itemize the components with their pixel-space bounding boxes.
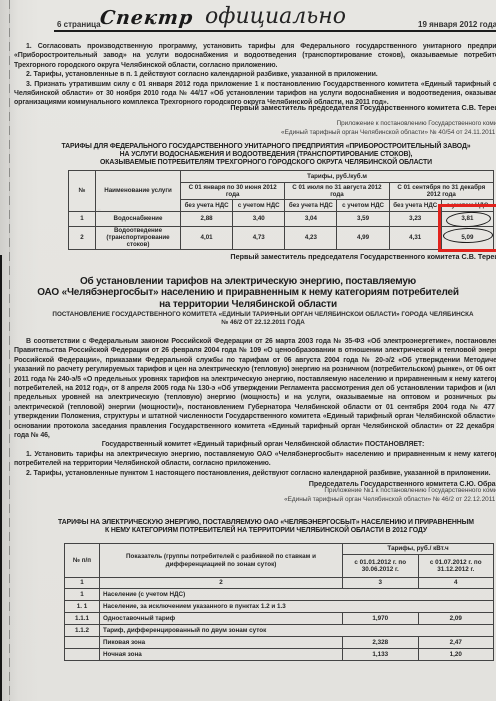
table-row: 2 Водоотведение (транспортирование стоко… (69, 227, 494, 250)
t2-r6-v1: 1,133 (343, 649, 419, 661)
table-row: 1. 1 Население, за исключением указанног… (65, 601, 494, 613)
t2-r2-label: Население, за исключением указанного в п… (100, 601, 494, 613)
t2-r3-label: Одноставочный тариф (100, 613, 343, 625)
t1-vat-without-3: без учета НДС (389, 200, 441, 212)
t1-r2-v3: 4,23 (285, 227, 337, 250)
t2-r4-label: Тариф, дифференцированный по двум зонам … (100, 625, 494, 637)
t2-r2-num: 1. 1 (65, 601, 100, 613)
decree1-signature: Первый заместитель председателя Государс… (14, 103, 496, 112)
appendix1-note: Приложение к постановлению Государственн… (120, 120, 496, 137)
decree2-resolves: Государственный комитет «Единый тарифный… (14, 440, 496, 449)
t2-colnum-1: 1 (65, 578, 100, 589)
t1-r1-v2: 3,40 (233, 212, 285, 227)
t2-col-indicator-header: Показатель (группы потребителей с разбив… (100, 544, 343, 578)
decree2-title: Об установлении тарифов на электрическую… (5, 276, 491, 310)
t2-r6-num (65, 649, 100, 661)
table-row: 1 Водоснабжение 2,88 3,40 3,04 3,59 3,23… (69, 212, 494, 227)
t2-r1-label: Население (с учетом НДС) (100, 589, 494, 601)
table2-title: ТАРИФЫ НА ЭЛЕКТРИЧЕСКУЮ ЭНЕРГИЮ, ПОСТАВЛ… (40, 519, 492, 535)
t1-r2-v5: 4,31 (389, 227, 441, 250)
table-row: Ночная зона 1,133 1,20 (65, 649, 494, 661)
t2-colnum-4: 4 (418, 578, 494, 589)
section-title: официально (205, 4, 345, 29)
t2-colnum-2: 2 (100, 578, 343, 589)
table-row: 1.1.2 Тариф, дифференцированный по двум … (65, 625, 494, 637)
decree1-body: 1. Согласовать производственную программ… (14, 42, 496, 108)
t2-r3-num: 1.1.1 (65, 613, 100, 625)
electricity-tariff-table: № п/п Показатель (группы потребителей с … (64, 543, 494, 661)
appendix1-line2: «Единый тарифный орган Челябинской облас… (120, 129, 496, 138)
table1-title: ТАРИФЫ ДЛЯ ФЕДЕРАЛЬНОГО ГОСУДАРСТВЕННОГО… (40, 143, 492, 168)
t2-r5-v1: 2,328 (343, 637, 419, 649)
table-row: 1 Население (с учетом НДС) (65, 589, 494, 601)
t2-r5-label: Пиковая зона (100, 637, 343, 649)
scan-fold-line (9, 0, 10, 701)
water-tariff-table: № Наименование услуги Тарифы, руб./куб.м… (68, 170, 494, 250)
table-row: Пиковая зона 2,328 2,47 (65, 637, 494, 649)
t1-vat-without-1: без учета НДС (181, 200, 233, 212)
t1-group-header: Тарифы, руб./куб.м (181, 171, 494, 183)
t1-r1-v3: 3,04 (285, 212, 337, 227)
t1-period-1: С 01 января по 30 июня 2012 года (181, 183, 285, 200)
t2-r3-v2: 2,09 (418, 613, 494, 625)
decree2-title-line2: ОАО «Челябэнергосбыт» населению и прирав… (5, 287, 491, 298)
masthead-rule (54, 30, 496, 32)
t2-col-num-header: № п/п (65, 544, 100, 578)
issue-date: 19 января 2012 года (418, 20, 496, 29)
t1-r2-num: 2 (69, 227, 96, 250)
table2-title-line1: ТАРИФЫ НА ЭЛЕКТРИЧЕСКУЮ ЭНЕРГИЮ, ПОСТАВЛ… (40, 519, 492, 527)
t1-r2-v1: 4,01 (181, 227, 233, 250)
decree2-subtitle-line2: № 46/2 ОТ 22.12.2011 ГОДА (14, 319, 496, 327)
t2-period-2: с 01.07.2012 г. по 31.12.2012 г. (418, 555, 494, 578)
decree2-subtitle: ПОСТАНОВЛЕНИЕ ГОСУДАРСТВЕННОГО КОМИТЕТА … (14, 311, 496, 327)
t1-col-service-header: Наименование услуги (96, 171, 181, 212)
decree2-title-line1: Об установлении тарифов на электрическую… (5, 276, 491, 287)
decree2-item-2: 2. Тарифы, установленные пунктом 1 насто… (14, 469, 496, 478)
t1-r2-v4: 4,99 (337, 227, 389, 250)
decree2-item-1: 1. Установить тарифы на электрическую эн… (14, 450, 496, 469)
table2-title-line2: К НЕМУ КАТЕГОРИЯМ ПОТРЕБИТЕЛЕЙ НА ТЕРРИТ… (40, 527, 492, 535)
t1-r1-v5: 3,23 (389, 212, 441, 227)
t1-period-3: С 01 сентября по 31 декабря 2012 года (389, 183, 493, 200)
table1-signature: Первый заместитель председателя Государс… (14, 252, 496, 261)
t2-r3-v1: 1,970 (343, 613, 419, 625)
t2-r6-v2: 1,20 (418, 649, 494, 661)
decree1-item-2: 2. Тарифы, установленные в п. 1 действую… (14, 70, 496, 79)
t1-vat-with-2: с учетом НДС (337, 200, 389, 212)
t2-r6-label: Ночная зона (100, 649, 343, 661)
appendix2-line2: «Единый тарифный орган Челябинской облас… (120, 496, 496, 505)
t1-vat-with-1: с учетом НДС (233, 200, 285, 212)
t1-vat-without-2: без учета НДС (285, 200, 337, 212)
t1-r1-v1: 2,88 (181, 212, 233, 227)
page-number-label: 6 страница (57, 20, 101, 29)
t2-r1-num: 1 (65, 589, 100, 601)
appendix2-note: Приложение №1 к постановлению Государств… (120, 487, 496, 504)
table-row: 1.1.1 Одноставочный тариф 1,970 2,09 (65, 613, 494, 625)
table1-title-line1: ТАРИФЫ ДЛЯ ФЕДЕРАЛЬНОГО ГОСУДАРСТВЕННОГО… (40, 143, 492, 151)
t1-r1-num: 1 (69, 212, 96, 227)
t2-colnum-3: 3 (343, 578, 419, 589)
t1-col-num-header: № (69, 171, 96, 212)
t1-r1-v4: 3,59 (337, 212, 389, 227)
t2-period-1: с 01.01.2012 г. по 30.06.2012 г. (343, 555, 419, 578)
t2-r5-num (65, 637, 100, 649)
newspaper-page: 6 страница Спектр официально 19 января 2… (0, 0, 496, 701)
decree2-title-line3: на территории Челябинской области (5, 299, 491, 310)
t2-group-header: Тарифы, руб./ кВт.ч (343, 544, 494, 555)
decree1-item-1: 1. Согласовать производственную программ… (14, 42, 496, 70)
t2-r4-num: 1.1.2 (65, 625, 100, 637)
table1-title-line3: ОКАЗЫВАЕМЫЕ ПОТРЕБИТЕЛЯМ ТРЕХГОРНОГО ГОР… (40, 159, 492, 167)
appendix2-line1: Приложение №1 к постановлению Государств… (120, 487, 496, 496)
appendix1-line1: Приложение к постановлению Государственн… (120, 120, 496, 129)
t1-period-2: С 01 июля по 31 августа 2012 года (285, 183, 389, 200)
t1-r1-service: Водоснабжение (96, 212, 181, 227)
newspaper-logo: Спектр (99, 7, 195, 29)
decree2-body: В соответствии с Федеральным законом Рос… (14, 337, 496, 489)
scan-edge-strip (0, 255, 2, 701)
t1-r2-v2: 4,73 (233, 227, 285, 250)
decree2-preamble: В соответствии с Федеральным законом Рос… (14, 337, 496, 440)
t2-r5-v2: 2,47 (418, 637, 494, 649)
t1-r2-service: Водоотведение (транспортирование стоков) (96, 227, 181, 250)
decree2-subtitle-line1: ПОСТАНОВЛЕНИЕ ГОСУДАРСТВЕННОГО КОМИТЕТА … (14, 311, 496, 319)
